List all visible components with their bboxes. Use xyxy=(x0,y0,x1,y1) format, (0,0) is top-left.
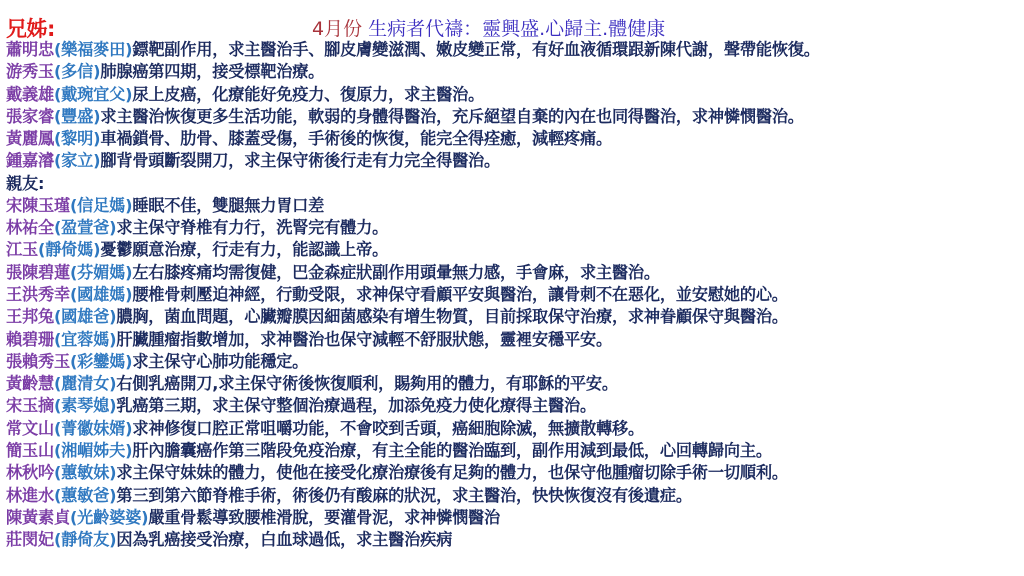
person-name: 張陳碧蓮 xyxy=(6,263,70,282)
person-name: 簡玉山 xyxy=(6,441,54,460)
person-name: 黃麗鳳 xyxy=(6,129,54,148)
siblings-list: 蕭明忠(樂福麥田)鏢靶副作用，求主醫治手、腳皮膚變滋潤、嫩皮變正常，有好血液循環… xyxy=(6,39,1021,173)
siblings-section-label: 兄姊: xyxy=(6,18,55,40)
prayer-item: 江玉(靜倚媽)憂鬱願意治療，行走有力，能認識上帝。 xyxy=(6,239,1021,261)
person-name: 林祐全 xyxy=(6,218,54,237)
prayer-item: 宋陳玉瑾(信足媽)睡眠不佳，雙腿無力胃口差 xyxy=(6,195,1021,217)
person-name: 張賴秀玉 xyxy=(6,352,70,371)
friends-section-label: 親友: xyxy=(6,173,1021,195)
prayer-item: 常文山(菁徽妹婿)求神修復口腔正常咀嚼功能，不會咬到舌頭，癌細胞除滅，無擴散轉移… xyxy=(6,418,1021,440)
prayer-request: 腰椎骨刺壓迫神經，行動受限，求神保守看顧平安與醫治，讓骨刺不在惡化，並安慰她的心… xyxy=(132,285,788,304)
person-name: 張家睿 xyxy=(6,107,54,126)
person-name: 鍾嘉濬 xyxy=(6,151,54,170)
prayer-item: 簡玉山(湘嵋姊夫)肝內膽囊癌作第三階段免疫治療，有主全能的醫治臨到，副作用減到最… xyxy=(6,440,1021,462)
prayer-item: 張家睿(豐盛)求主醫治恢復更多生活功能，軟弱的身體得醫治，充斥絕望自棄的內在也同… xyxy=(6,106,1021,128)
person-relation: (盈萱爸) xyxy=(54,218,116,237)
prayer-item: 張賴秀玉(彩鑾媽)求主保守心肺功能穩定。 xyxy=(6,351,1021,373)
person-name: 林進水 xyxy=(6,486,54,505)
person-name: 江玉 xyxy=(6,240,38,259)
person-relation: (菁徽妹婿) xyxy=(54,419,132,438)
title-month: 4月份 xyxy=(312,18,362,40)
person-relation: (蕙敏妹) xyxy=(54,463,116,482)
prayer-request: 肝內膽囊癌作第三階段免疫治療，有主全能的醫治臨到，副作用減到最低，心回轉歸向主。 xyxy=(132,441,772,460)
prayer-request: 左右膝疼痛均需復健，巴金森症狀副作用頭暈無力感，手會麻，求主醫治。 xyxy=(132,263,660,282)
person-relation: (靜倚媽) xyxy=(38,240,100,259)
page-title: 4月份 生病者代禱：靈興盛.心歸主.體健康 xyxy=(312,17,665,41)
person-name: 常文山 xyxy=(6,419,54,438)
person-relation: (家立) xyxy=(54,151,100,170)
person-relation: (芬媚媽) xyxy=(70,263,132,282)
prayer-item: 林祐全(盈萱爸)求主保守脊椎有力行，洗腎完有體力。 xyxy=(6,217,1021,239)
person-name: 宋玉摘 xyxy=(6,396,54,415)
person-relation: (宜蓉媽) xyxy=(54,330,116,349)
prayer-request: 求主保守脊椎有力行，洗腎完有體力。 xyxy=(116,218,388,237)
prayer-item: 游秀玉(多信)肺腺癌第四期，接受標靶治療。 xyxy=(6,61,1021,83)
person-relation: (蕙敏爸) xyxy=(54,486,116,505)
prayer-item: 戴義雄(戴琬宜父)尿上皮癌，化療能好免疫力、復原力，求主醫治。 xyxy=(6,84,1021,106)
prayer-item: 林秋吟(蕙敏妹)求主保守妹妹的體力，使他在接受化療治療後有足夠的體力，也保守他腫… xyxy=(6,462,1021,484)
prayer-request: 右側乳癌開刀,求主保守術後恢復順利，賜夠用的體力，有耶穌的平安。 xyxy=(116,374,618,393)
prayer-request: 嚴重骨鬆導致腰椎滑脫，要灌骨泥，求神憐憫醫治 xyxy=(148,508,500,527)
prayer-request: 肺腺癌第四期，接受標靶治療。 xyxy=(100,62,324,81)
friends-list: 宋陳玉瑾(信足媽)睡眠不佳，雙腿無力胃口差林祐全(盈萱爸)求主保守脊椎有力行，洗… xyxy=(6,195,1021,552)
prayer-request: 膿胸，菌血問題，心臟瓣膜因細菌感染有增生物質，目前採取保守治療，求神眷顧保守與醫… xyxy=(116,307,787,326)
prayer-request: 肝臟腫瘤指數增加，求神醫治也保守減輕不舒服狀態，靈裡安穩平安。 xyxy=(116,330,612,349)
prayer-item: 林進水(蕙敏爸)第三到第六節脊椎手術，術後仍有酸麻的狀況，求主醫治，快快恢復沒有… xyxy=(6,485,1021,507)
prayer-item: 王邦兔(國雄爸)膿胸，菌血問題，心臟瓣膜因細菌感染有增生物質，目前採取保守治療，… xyxy=(6,306,1021,328)
prayer-request: 憂鬱願意治療，行走有力，能認識上帝。 xyxy=(100,240,388,259)
prayer-item: 陳黃素貞(光齡婆婆)嚴重骨鬆導致腰椎滑脫，要灌骨泥，求神憐憫醫治 xyxy=(6,507,1021,529)
person-name: 游秀玉 xyxy=(6,62,54,81)
prayer-item: 黃麗鳳(黎明)車禍鎖骨、肋骨、膝蓋受傷，手術後的恢復，能完全得痊癒，減輕疼痛。 xyxy=(6,128,1021,150)
person-name: 蕭明忠 xyxy=(6,40,54,59)
person-relation: (國雄爸) xyxy=(54,307,116,326)
person-relation: (湘嵋姊夫) xyxy=(54,441,132,460)
person-relation: (信足媽) xyxy=(70,196,132,215)
person-name: 莊閔妃 xyxy=(6,530,54,549)
person-name: 宋陳玉瑾 xyxy=(6,196,70,215)
title-theme: 生病者代禱：靈興盛.心歸主.體健康 xyxy=(362,18,665,40)
prayer-item: 莊閔妃(靜倚友)因為乳癌接受治療，白血球過低，求主醫治疾病 xyxy=(6,529,1021,551)
prayer-item: 鍾嘉濬(家立)腳背骨頭斷裂開刀，求主保守術後行走有力完全得醫治。 xyxy=(6,150,1021,172)
prayer-request: 求神修復口腔正常咀嚼功能，不會咬到舌頭，癌細胞除滅，無擴散轉移。 xyxy=(132,419,644,438)
prayer-request: 求主保守心肺功能穩定。 xyxy=(132,352,308,371)
person-name: 黃齡慧 xyxy=(6,374,54,393)
prayer-request: 求主保守妹妹的體力，使他在接受化療治療後有足夠的體力，也保守他腫瘤切除手術一切順… xyxy=(116,463,787,482)
prayer-item: 張陳碧蓮(芬媚媽)左右膝疼痛均需復健，巴金森症狀副作用頭暈無力感，手會麻，求主醫… xyxy=(6,262,1021,284)
person-relation: (多信) xyxy=(54,62,100,81)
person-relation: (素琴媳) xyxy=(54,396,116,415)
prayer-item: 黃齡慧(麗清女)右側乳癌開刀,求主保守術後恢復順利，賜夠用的體力，有耶穌的平安。 xyxy=(6,373,1021,395)
prayer-request: 求主醫治恢復更多生活功能，軟弱的身體得醫治，充斥絕望自棄的內在也同得醫治，求神憐… xyxy=(100,107,803,126)
person-name: 賴碧珊 xyxy=(6,330,54,349)
prayer-request: 因為乳癌接受治療，白血球過低，求主醫治疾病 xyxy=(116,530,452,549)
person-relation: (豐盛) xyxy=(54,107,100,126)
prayer-list: 蕭明忠(樂福麥田)鏢靶副作用，求主醫治手、腳皮膚變滋潤、嫩皮變正常，有好血液循環… xyxy=(6,39,1021,552)
person-name: 王邦兔 xyxy=(6,307,54,326)
prayer-request: 腳背骨頭斷裂開刀，求主保守術後行走有力完全得醫治。 xyxy=(100,151,500,170)
prayer-item: 賴碧珊(宜蓉媽)肝臟腫瘤指數增加，求神醫治也保守減輕不舒服狀態，靈裡安穩平安。 xyxy=(6,329,1021,351)
person-relation: (麗清女) xyxy=(54,374,116,393)
person-name: 陳黃素貞 xyxy=(6,508,70,527)
person-name: 林秋吟 xyxy=(6,463,54,482)
prayer-item: 蕭明忠(樂福麥田)鏢靶副作用，求主醫治手、腳皮膚變滋潤、嫩皮變正常，有好血液循環… xyxy=(6,39,1021,61)
person-name: 王洪秀幸 xyxy=(6,285,70,304)
person-relation: (樂福麥田) xyxy=(54,40,132,59)
person-relation: (戴琬宜父) xyxy=(54,85,132,104)
prayer-request: 乳癌第三期，求主保守整個治療過程，加添免疫力使化療得主醫治。 xyxy=(116,396,596,415)
prayer-request: 鏢靶副作用，求主醫治手、腳皮膚變滋潤、嫩皮變正常，有好血液循環跟新陳代謝，聲帶能… xyxy=(132,40,819,59)
prayer-item: 宋玉摘(素琴媳)乳癌第三期，求主保守整個治療過程，加添免疫力使化療得主醫治。 xyxy=(6,395,1021,417)
person-relation: (光齡婆婆) xyxy=(70,508,148,527)
person-relation: (黎明) xyxy=(54,129,100,148)
person-relation: (彩鑾媽) xyxy=(70,352,132,371)
prayer-request: 第三到第六節脊椎手術，術後仍有酸麻的狀況，求主醫治，快快恢復沒有後遺症。 xyxy=(116,486,692,505)
prayer-request: 尿上皮癌，化療能好免疫力、復原力，求主醫治。 xyxy=(132,85,484,104)
person-name: 戴義雄 xyxy=(6,85,54,104)
prayer-request: 睡眠不佳，雙腿無力胃口差 xyxy=(132,196,324,215)
person-relation: (靜倚友) xyxy=(54,530,116,549)
person-relation: (國雄媽) xyxy=(70,285,132,304)
prayer-request: 車禍鎖骨、肋骨、膝蓋受傷，手術後的恢復，能完全得痊癒，減輕疼痛。 xyxy=(100,129,612,148)
prayer-item: 王洪秀幸(國雄媽)腰椎骨刺壓迫神經，行動受限，求神保守看顧平安與醫治，讓骨刺不在… xyxy=(6,284,1021,306)
